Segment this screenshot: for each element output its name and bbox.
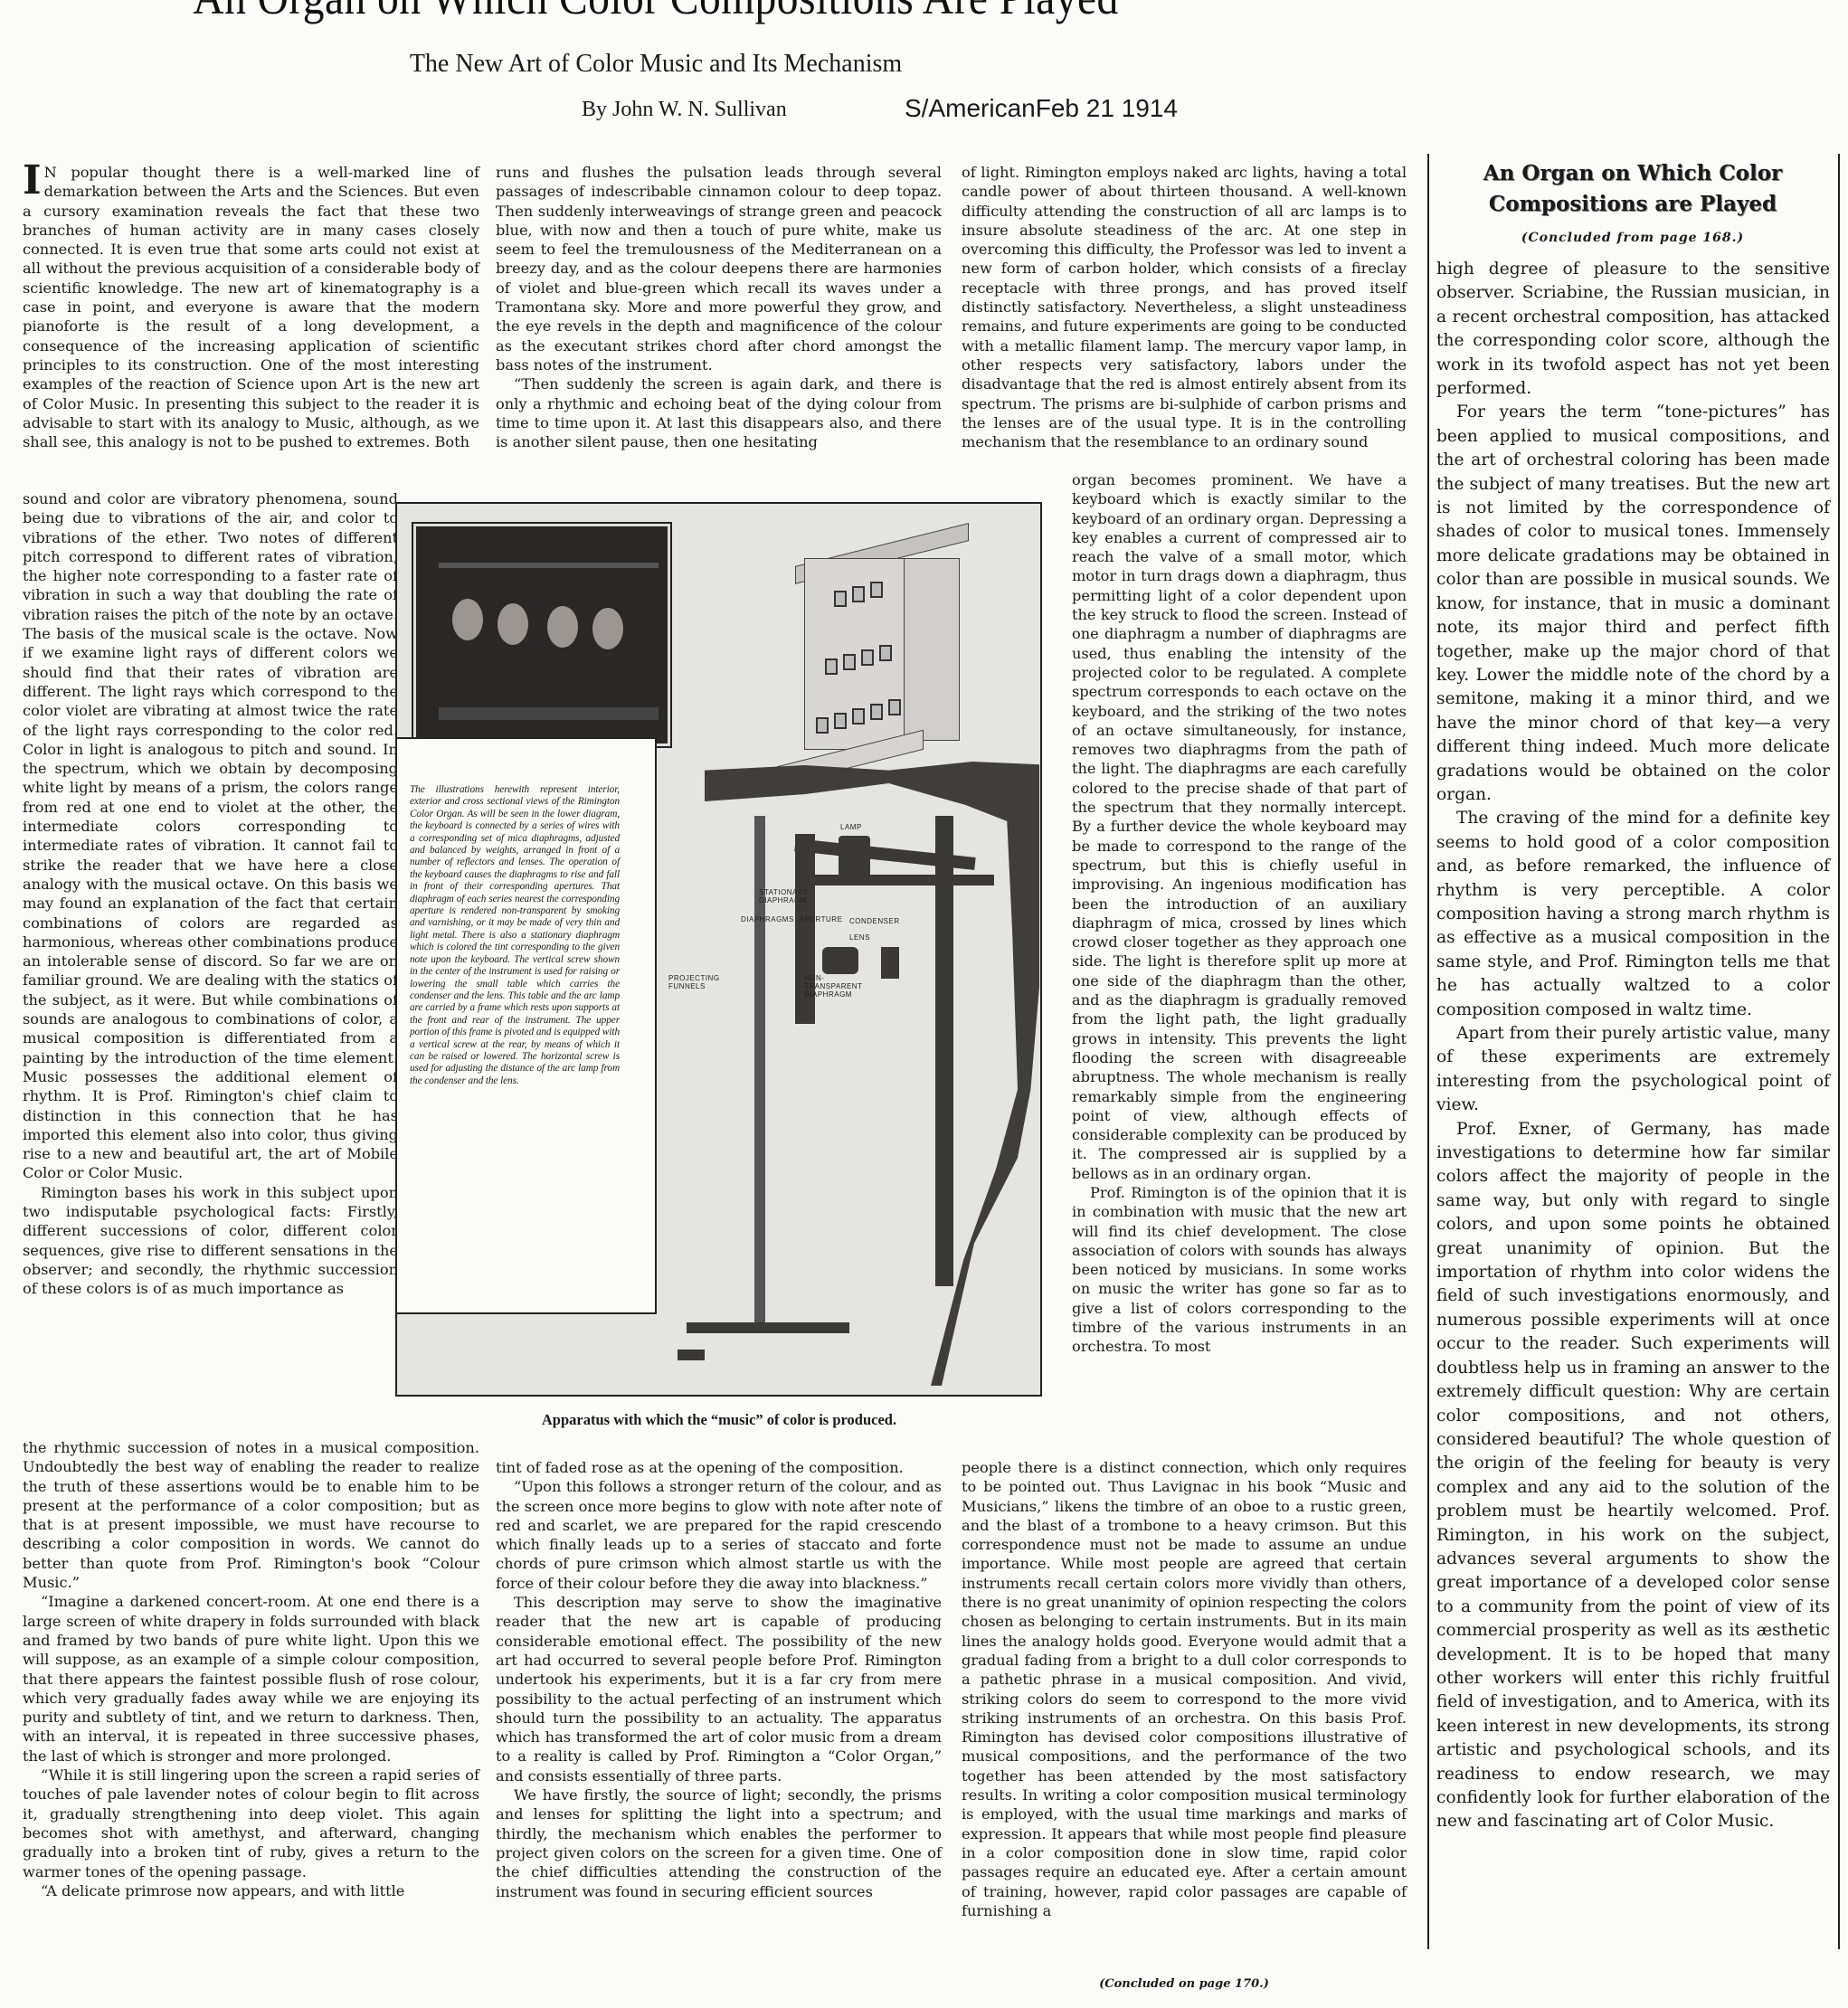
sidebar-heading: An Organ on Which Color Compositions are… (1434, 158, 1832, 220)
paragraph: Prof. Exner, of Germany, has made invest… (1436, 1118, 1830, 1834)
column-2-bottom: tint of faded rose as at the opening of … (496, 1458, 942, 1901)
column-1-bottom: the rhythmic succession of notes in a mu… (23, 1438, 479, 1900)
label-lamp: LAMP (840, 823, 862, 831)
figure-caption: Apparatus with which the “music” of colo… (398, 1411, 1040, 1429)
label-projecting-funnels: PROJECTING FUNNELS (668, 974, 718, 990)
drop-cap: I (23, 165, 42, 197)
column-1-top: IN popular thought there is a well-marke… (23, 163, 479, 451)
column-3-top: of light. Rimington employs naked arc li… (962, 163, 1407, 451)
label-non-transparent-diaphragm: NON-TRANSPARENT DIAPHRAGM (804, 974, 877, 999)
paragraph: For years the term “tone-pictures” has b… (1436, 401, 1830, 807)
label-stationary-diaphragm: STATIONARY DIAPHRAGM (759, 888, 804, 905)
figure-explanation-box: The illustrations herewith represent int… (395, 737, 657, 1314)
paragraph: Apart from their purely artistic value, … (1436, 1022, 1830, 1118)
lamp-drawing (839, 836, 870, 886)
paragraph: of light. Rimington employs naked arc li… (962, 163, 1407, 451)
continuation-note: (Concluded on page 170.) (962, 1977, 1407, 1991)
paragraph: “Then suddenly the screen is again dark,… (496, 374, 942, 451)
figure-explanation-text: The illustrations herewith represent int… (410, 784, 620, 1087)
sidebar-body: high degree of pleasure to the sensitive… (1436, 258, 1830, 1834)
paragraph: This description may serve to show the i… (496, 1593, 942, 1785)
paragraph: runs and flushes the pulsation leads thr… (496, 163, 942, 374)
paragraph: “Imagine a darkened concert-room. At one… (23, 1592, 479, 1766)
paragraph: Rimington bases his work in this subject… (23, 1183, 398, 1299)
column-2-top: runs and flushes the pulsation leads thr… (496, 163, 942, 451)
sidebar-continuation-note: (Concluded from page 168.) (1434, 231, 1832, 245)
paragraph: sound and color are vibratory phenomena,… (23, 489, 398, 1183)
paragraph: people there is a distinct connection, w… (962, 1458, 1407, 1920)
paragraph: high degree of pleasure to the sensitive… (1436, 258, 1830, 401)
column-3-bottom: people there is a distinct connection, w… (962, 1458, 1407, 1920)
paragraph: Prof. Rimington is of the opinion that i… (1072, 1183, 1407, 1357)
exterior-cabinet-drawing (777, 531, 985, 775)
paragraph: organ becomes prominent. We have a keybo… (1072, 470, 1407, 1183)
paragraph: “A delicate primrose now appears, and wi… (23, 1881, 479, 1900)
article-title: An Organ on Which Color Compositions Are… (79, 0, 1233, 25)
label-diaphragms: DIAPHRAGMS (741, 915, 794, 923)
column-3-narrow: organ becomes prominent. We have a keybo… (1072, 470, 1407, 1357)
paragraph: The craving of the mind for a definite k… (1436, 807, 1830, 1022)
cross-section-diagram: LAMP STATIONARY DIAPHRAGM DIAPHRAGMS APE… (705, 762, 1039, 1386)
column-1-narrow: sound and color are vibratory phenomena,… (23, 489, 398, 1298)
article-subtitle: The New Art of Color Music and Its Mecha… (0, 50, 1312, 79)
label-lens: LENS (849, 933, 870, 942)
label-aperture: APERTURE (800, 915, 842, 923)
paragraph: the rhythmic succession of notes in a mu… (23, 1438, 479, 1592)
paragraph: We have firstly, the source of light; se… (496, 1785, 942, 1901)
paragraph: “While it is still lingering upon the sc… (23, 1766, 479, 1881)
paragraph: tint of faded rose as at the opening of … (496, 1458, 942, 1477)
paragraph: “Upon this follows a stronger return of … (496, 1477, 942, 1593)
interior-photo (413, 524, 670, 746)
label-condenser: CONDENSER (849, 917, 900, 925)
paragraph: IN popular thought there is a well-marke… (23, 163, 479, 451)
source-annotation: S/AmericanFeb 21 1914 (905, 94, 1178, 123)
byline: By John W. N. Sullivan (582, 98, 787, 122)
figure-apparatus: The illustrations herewith represent int… (395, 502, 1042, 1397)
